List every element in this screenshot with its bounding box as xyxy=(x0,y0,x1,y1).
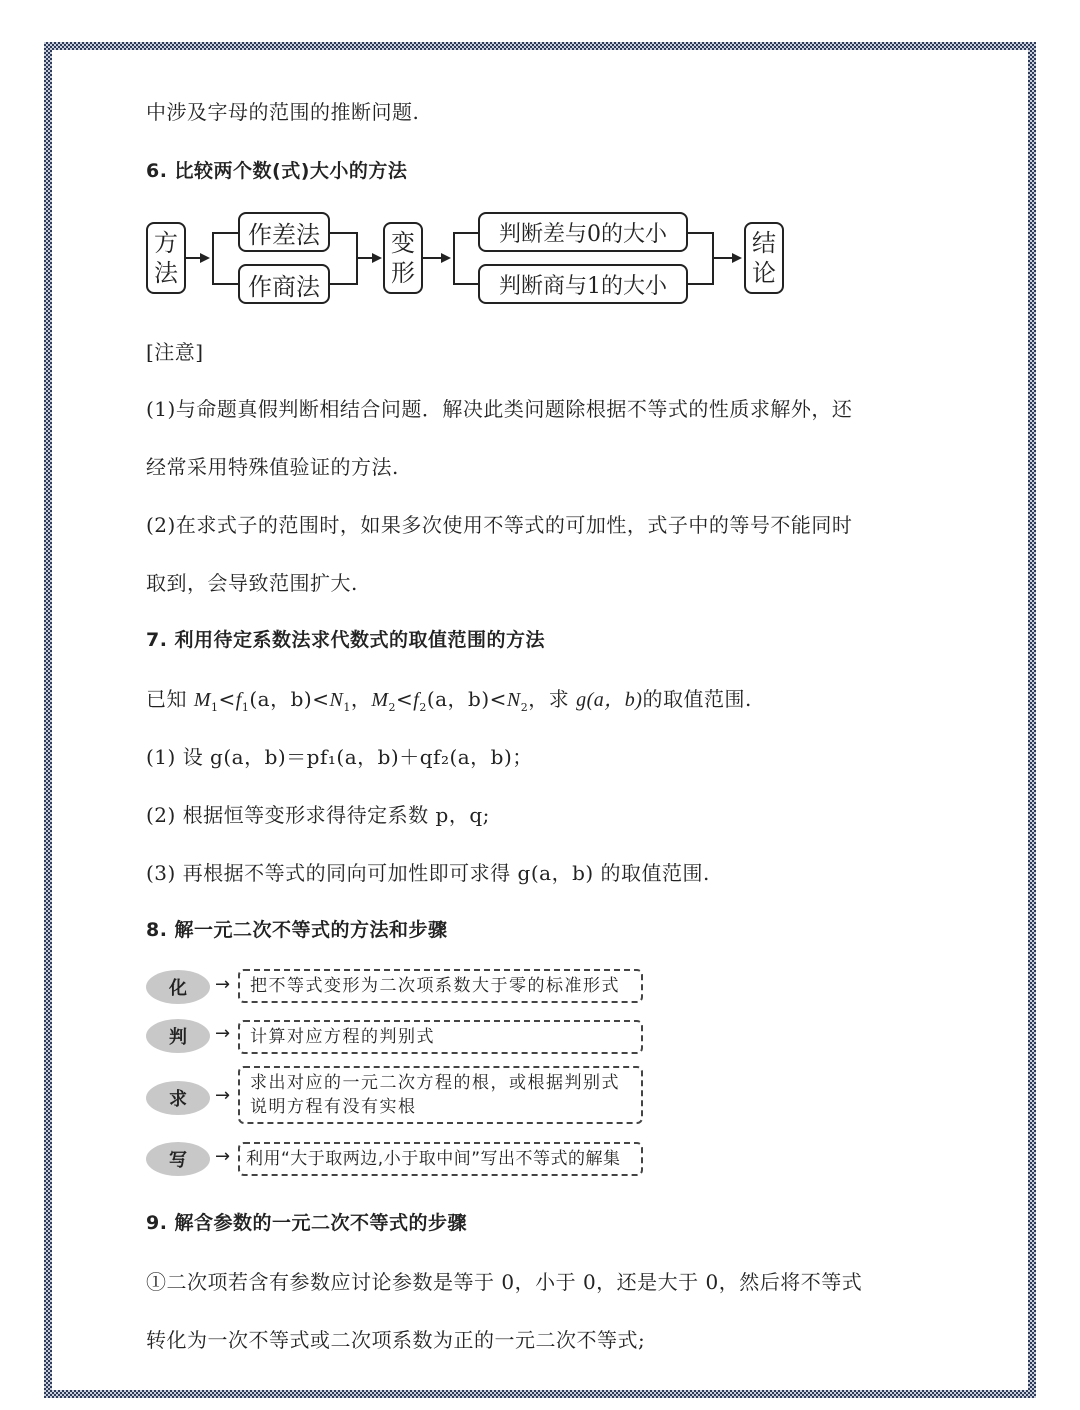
step-line: (1) 设 g(a，b)＝pf₁(a，b)＋qf₂(a，b)； xyxy=(146,741,533,770)
math: g(a，b) xyxy=(576,689,642,711)
node-text: 法 xyxy=(154,258,178,288)
arrow-right-icon: → xyxy=(215,1085,230,1106)
node-text: 形 xyxy=(391,258,415,288)
note-line: (1)与命题真假判断相结合问题．解决此类问题除根据不等式的性质求解外，还 xyxy=(146,393,852,422)
note-label: [注意] xyxy=(146,336,204,365)
step-line: (2) 根据恒等变形求得待定系数 p，q; xyxy=(146,799,490,828)
step-text: 求出对应的一元二次方程的根，或根据判别式说明方程有没有实根 xyxy=(238,1066,643,1124)
math: 2 xyxy=(419,701,427,714)
step-text: 把不等式变形为二次项系数大于零的标准形式 xyxy=(238,969,643,1003)
text: 的取值范围. xyxy=(642,687,751,711)
node-text: 结 xyxy=(752,228,776,258)
math: 1 xyxy=(343,701,351,714)
note-line: 经常采用特殊值验证的方法. xyxy=(146,451,399,480)
node-method: 方 法 xyxy=(146,222,186,294)
step-key: 化 xyxy=(146,970,210,1004)
body-line: 转化为一次不等式或二次项系数为正的一元二次不等式; xyxy=(146,1324,645,1353)
arrow-right-icon: → xyxy=(215,1146,230,1167)
arrow-right-icon: → xyxy=(215,974,230,995)
text: ，求 xyxy=(528,687,576,711)
node-text: 论 xyxy=(752,258,776,288)
math: (a，b) xyxy=(427,687,490,711)
section-8-heading: 8. 解一元二次不等式的方法和步骤 xyxy=(146,915,448,942)
node-text: 方 xyxy=(154,228,178,258)
step-text: 利用“大于取两边,小于取中间”写出不等式的解集 xyxy=(238,1142,643,1176)
node-conclusion: 结 论 xyxy=(744,222,784,294)
math: (a，b) xyxy=(249,687,312,711)
section-9-heading: 9. 解含参数的一元二次不等式的步骤 xyxy=(146,1208,467,1235)
given-condition: 已知 M1<f1(a，b)<N1，M2<f2(a，b)<N2，求 g(a，b)的… xyxy=(146,683,752,714)
node-transform: 变 形 xyxy=(383,222,423,294)
math: N xyxy=(507,689,521,711)
math: 2 xyxy=(388,701,396,714)
arrow-right-icon: → xyxy=(215,1023,230,1044)
step-key: 求 xyxy=(146,1081,210,1115)
section-7-heading: 7. 利用待定系数法求代数式的取值范围的方法 xyxy=(146,625,545,652)
body-line: ①二次项若含有参数应讨论参数是等于 0，小于 0，还是大于 0，然后将不等式 xyxy=(146,1266,862,1295)
intro-text: 中涉及字母的范围的推断问题. xyxy=(146,96,419,125)
node-judge-difference: 判断差与0的大小 xyxy=(478,212,688,252)
math: M xyxy=(371,689,388,711)
text: 已知 xyxy=(146,687,194,711)
step-key: 写 xyxy=(146,1142,210,1176)
step-key: 判 xyxy=(146,1019,210,1053)
node-difference-method: 作差法 xyxy=(238,212,330,252)
step-text: 计算对应方程的判别式 xyxy=(238,1020,643,1054)
node-quotient-method: 作商法 xyxy=(238,264,330,304)
note-line: 取到，会导致范围扩大. xyxy=(146,567,358,596)
node-text: 变 xyxy=(391,228,415,258)
note-line: (2)在求式子的范围时，如果多次使用不等式的可加性，式子中的等号不能同时 xyxy=(146,509,852,538)
step-line: (3) 再根据不等式的同向可加性即可求得 g(a，b) 的取值范围. xyxy=(146,857,710,886)
math: N xyxy=(329,689,343,711)
node-judge-quotient: 判断商与1的大小 xyxy=(478,264,688,304)
section-6-heading: 6. 比较两个数(式)大小的方法 xyxy=(146,156,407,183)
math: 1 xyxy=(211,701,219,714)
math: M xyxy=(194,689,211,711)
